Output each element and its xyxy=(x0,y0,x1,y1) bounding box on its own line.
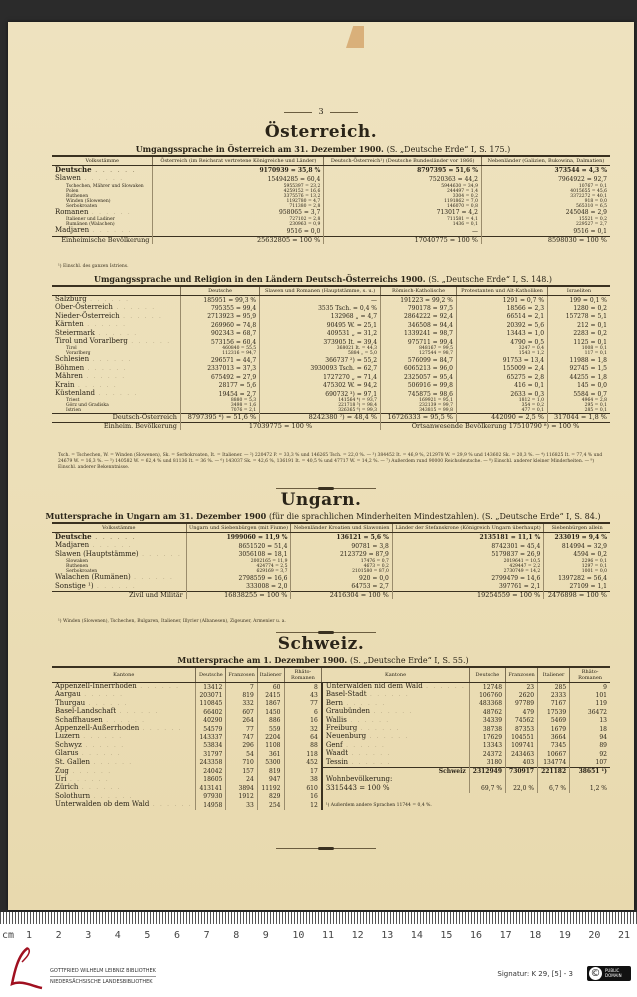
value-cell: 2123729 = 87,9 xyxy=(291,551,392,559)
value-cell: 28177 = 5,6 xyxy=(180,382,259,390)
row-label: Slawen . . . . . . xyxy=(52,175,153,183)
value-cell: 155009 = 2,4 xyxy=(456,365,547,373)
leader-dots: . . . . . . xyxy=(116,709,159,715)
value-cell: 403 xyxy=(506,759,538,768)
total-value: 25632805 = 100 % xyxy=(153,236,324,244)
value-cell: 1108 xyxy=(257,742,284,750)
value-cell: 91753 = 13,4 xyxy=(456,356,547,364)
value-cell: 2283 = 0,2 xyxy=(548,330,610,338)
residential-value: 3315443 = 100 % xyxy=(322,784,469,792)
row-label-text: Kärnten xyxy=(55,320,84,328)
value-cell: 296571 = 44,7 xyxy=(180,356,259,364)
table-row: Nieder-Österreich . . . . . .2713923 = 9… xyxy=(52,313,610,321)
leader-dots: . . . . . . xyxy=(357,726,400,732)
value-cell: 16 xyxy=(284,717,322,725)
value-cell: 143337 xyxy=(196,733,226,741)
value-cell: 576099 = 84,7 xyxy=(381,356,457,364)
row-label-text: Tessin xyxy=(326,758,348,766)
empty-cell xyxy=(506,776,538,784)
column-header: Italiener xyxy=(538,667,570,683)
column-header: Kantone xyxy=(52,667,196,683)
leader-dots: . . . . . . xyxy=(85,701,128,707)
leader-dots: . . . . . . xyxy=(78,751,121,757)
row-label-text: Graubünden xyxy=(326,707,370,715)
row-label: Unterwalden ob dem Wald . . . . . . xyxy=(52,801,196,809)
measurement-ruler: cm 123456789101112131415161718192021 xyxy=(0,912,637,942)
percent-cell: 22,0 % xyxy=(506,784,538,792)
percent-cell: 69,7 % xyxy=(469,784,505,792)
value-cell: 6 xyxy=(284,708,322,716)
empty-cell xyxy=(469,776,505,784)
table-row: Slawen . . . . . .15494285 = 60,47520363… xyxy=(52,175,610,183)
value-cell: 3535 Tsch. = 0,4 % xyxy=(260,304,381,312)
empty-cell xyxy=(570,776,610,784)
value-cell: 7167 xyxy=(538,700,570,708)
ruler-mark: 21 xyxy=(618,930,630,941)
value-cell: 2713923 = 95,9 xyxy=(180,313,259,321)
total-value: 221182 xyxy=(538,768,570,776)
total-value: 2416304 = 100 % xyxy=(291,592,392,600)
signature-label: Signatur: K 29, [5] - 3 xyxy=(497,970,573,978)
public-domain-badge[interactable]: PUBLIC DOMAIN xyxy=(587,966,631,981)
leader-dots: . . . . . . xyxy=(366,734,409,740)
leader-dots: . . . . . . xyxy=(81,176,124,182)
value-cell: 9170939 = 35,8 % xyxy=(153,166,324,176)
value-cell: 74562 xyxy=(506,717,538,725)
total-label: Zivil und Militär xyxy=(52,592,186,600)
leader-dots: . . . . . . xyxy=(92,535,137,541)
total-label: Einheim. Bevölkerung xyxy=(52,422,180,430)
table-row: Böhmen . . . . . .2337013 = 37,33930093 … xyxy=(52,365,610,373)
schweiz-caption: Muttersprache am 1. Dezember 1900. (S. „… xyxy=(28,655,618,665)
value-cell: 65275 = 2,8 xyxy=(456,373,547,381)
value-cell: 104551 xyxy=(506,733,538,741)
ruler-mark: 19 xyxy=(559,930,571,941)
leader-dots: . . . . . . xyxy=(90,760,133,766)
schweiz-footnote: ¹) Außerdem andere Sprachen 11744 = 0,4 … xyxy=(322,801,610,809)
ruler-mark: 16 xyxy=(470,930,482,941)
value-cell: 1339241 = 98,7 xyxy=(381,330,457,338)
table-row: Deutsche . . . . . .9170939 = 35,8 %8797… xyxy=(52,166,610,176)
value-cell: 87353 xyxy=(506,725,538,733)
value-cell: 713017 = 4,2 xyxy=(324,209,482,217)
ruler-mark: 3 xyxy=(85,930,91,941)
ruler-mark: 14 xyxy=(411,930,423,941)
value-cell: 60 xyxy=(257,683,284,692)
row-label-text: Basel-Stadt xyxy=(326,690,367,698)
table-row: Unterwalden ob dem Wald . . . . . .14958… xyxy=(52,801,610,809)
table-row: Slawen (Hauptstämme) . . . . . .3056108 … xyxy=(52,551,610,559)
value-cell: 77 xyxy=(284,700,322,708)
total-value: 8598030 = 100 % xyxy=(481,236,610,244)
document-page: 3 Österreich. Umgangssprache in Österrei… xyxy=(8,22,634,910)
value-cell: 747 xyxy=(226,733,257,741)
ruler-unit: cm xyxy=(2,930,14,941)
value-cell: 16 xyxy=(284,793,322,801)
value-cell: 475302 W. = 94,2 xyxy=(260,382,381,390)
row-label: Madjaren . . . . . . xyxy=(52,227,153,236)
row-label-text: Unterwalden nid dem Wald xyxy=(326,682,423,690)
column-header: Deutsche xyxy=(180,286,259,296)
value-cell: 2799479 = 14,6 xyxy=(392,574,543,582)
table-row: Kärnten . . . . . .269960 = 74,890495 W.… xyxy=(52,321,610,329)
value-cell: 54579 xyxy=(196,725,226,733)
value-cell: 409531 „ = 31,2 xyxy=(260,330,381,338)
value-cell: 366737 ²) = 55,2 xyxy=(260,356,381,364)
value-cell: 5300 xyxy=(257,759,284,768)
value-cell: 710 xyxy=(226,759,257,768)
value-cell: 2798559 = 16,6 xyxy=(186,574,291,582)
leader-dots: . . . . . . xyxy=(113,305,156,311)
value-cell: 109741 xyxy=(506,742,538,750)
total-label: Einheimische Bevölkerung xyxy=(52,236,153,244)
row-label-text: Solothurn xyxy=(55,792,90,800)
value-cell: 2135181 = 11,1 % xyxy=(392,533,543,543)
value-cell: 3664 xyxy=(538,733,570,741)
value-cell: 506916 = 99,8 xyxy=(381,382,457,390)
row-label-text: Freiburg xyxy=(326,724,357,732)
leader-dots: . . . . . . xyxy=(131,575,174,581)
leader-dots: . . . . . . xyxy=(423,684,466,690)
column-header: Kantone xyxy=(322,667,469,683)
leader-dots: . . . . . . xyxy=(69,769,112,775)
value-cell: 110845 xyxy=(196,700,226,708)
ruler-mark: 1 xyxy=(26,930,32,941)
value-cell: 88 xyxy=(284,742,322,750)
ruler-mark: 11 xyxy=(322,930,334,941)
table-row: Deutsche . . . . . .1999060 = 11,9 %1361… xyxy=(52,533,610,543)
row-label: Basel-Stadt . . . . . . xyxy=(322,691,469,699)
row-label-text: Luzern xyxy=(55,732,80,740)
value-cell: 13343 xyxy=(469,742,505,750)
value-cell: 24 xyxy=(226,776,257,784)
value-cell: 1291 = 0,7 % xyxy=(456,296,547,305)
total-value: 2312949 xyxy=(469,768,505,776)
value-cell: 373544 = 4,3 % xyxy=(481,166,610,176)
value-cell: 346508 = 94,4 xyxy=(381,321,457,329)
empty-cell xyxy=(538,776,570,784)
value-cell: 15494285 = 60,4 xyxy=(153,175,324,183)
table-row: Madjaren . . . . . .9516 = 0,0—9516 = 0,… xyxy=(52,227,610,236)
ruler-mark: 12 xyxy=(352,930,364,941)
value-cell: 361 xyxy=(257,750,284,758)
total-value: 8797395 ⁶) = 51,6 % xyxy=(180,414,259,422)
value-cell: 920 = 0,0 xyxy=(291,574,392,582)
ornament-divider xyxy=(276,848,376,849)
table-row: Zürich . . . . . .4131413894111926103315… xyxy=(52,784,610,792)
total-value: Ortsanwesende Bevölkerung 17510790 ⁸) = … xyxy=(381,422,610,430)
row-label-text: Schlesien xyxy=(55,355,89,363)
leader-dots: . . . . . . xyxy=(348,760,391,766)
leader-dots: . . . . . . xyxy=(139,552,182,558)
row-label-text: Genf xyxy=(326,741,343,749)
value-cell: 1912 xyxy=(226,793,257,801)
table1-caption: Umgangssprache in Österreich am 31. Deze… xyxy=(28,144,618,154)
row-label-text: Mähren xyxy=(55,372,83,380)
row-label-text: Deutsche xyxy=(55,532,92,541)
value-cell: 245048 = 2,9 xyxy=(481,209,610,217)
leader-dots: . . . . . . xyxy=(83,374,126,380)
value-cell: 2415 xyxy=(257,691,284,699)
page-number: 3 xyxy=(8,107,634,116)
empty-cell xyxy=(322,793,610,801)
total-row: Einheimische Bevölkerung25632805 = 100 %… xyxy=(52,236,610,244)
value-cell: 7520363 = 44,2 xyxy=(324,175,482,183)
column-header: Slawen und Romanen (Hauptstämme, s. u.) xyxy=(260,286,381,296)
row-label-text: Romanen xyxy=(55,208,88,216)
value-cell: 3056108 = 18,1 xyxy=(186,551,291,559)
value-cell: 8797395 = 51,6 % xyxy=(324,166,482,176)
column-header: Italiener xyxy=(257,667,284,683)
value-cell: 11988 = 1,8 xyxy=(548,356,610,364)
ruler-mark: 9 xyxy=(263,930,269,941)
value-cell: 264 xyxy=(226,717,257,725)
value-cell: 97789 xyxy=(506,700,538,708)
value-cell: 32 xyxy=(284,725,322,733)
table-row: Steiermark . . . . . .902343 = 68,740953… xyxy=(52,330,610,338)
leader-dots: . . . . . . xyxy=(95,391,138,397)
row-label-text: Waadt xyxy=(326,749,348,757)
row-label-text: Slawen xyxy=(55,174,81,182)
ruler-ticks xyxy=(0,912,637,924)
row-label-text: Nieder-Österreich xyxy=(55,312,120,320)
column-header: Siebenbürgen allein xyxy=(544,523,610,533)
total-value: 2476898 = 100 % xyxy=(544,592,610,600)
row-label-text: Unterwalden ob dem Wald xyxy=(55,800,149,808)
ruler-mark: 2 xyxy=(56,930,62,941)
row-label-text: Wallis xyxy=(326,716,347,724)
column-header: Israeliten xyxy=(548,286,610,296)
value-cell: 1867 xyxy=(257,700,284,708)
value-cell: 243463 xyxy=(506,750,538,758)
value-cell: 243358 xyxy=(196,759,226,768)
leader-dots: . . . . . . xyxy=(367,692,410,698)
value-cell: 20392 = 5,6 xyxy=(456,321,547,329)
value-cell: 819 xyxy=(226,691,257,699)
value-cell: 17539 xyxy=(538,708,570,716)
value-cell: 43 xyxy=(284,691,322,699)
value-cell: 97930 xyxy=(196,793,226,801)
row-label-text: Appenzell-Innerrhoden xyxy=(55,682,137,690)
value-cell: 7964922 = 92,7 xyxy=(481,175,610,183)
percent-cell: 1,2 % xyxy=(570,784,610,792)
value-cell: 13412 xyxy=(196,683,226,692)
leader-dots: . . . . . . xyxy=(343,743,386,749)
leader-dots: . . . . . . xyxy=(149,802,192,808)
value-cell: 77 xyxy=(226,725,257,733)
ruler-mark: 15 xyxy=(440,930,452,941)
row-label-text: Deutsche xyxy=(55,165,92,174)
value-cell: 829 xyxy=(257,793,284,801)
value-cell: 795355 = 99,4 xyxy=(180,304,259,312)
value-cell: 53834 xyxy=(196,742,226,750)
row-label: Zug . . . . . . xyxy=(52,768,196,776)
row-label-text: Schaffhausen xyxy=(55,716,103,724)
table2-caption: Umgangssprache und Religion in den Lände… xyxy=(28,274,618,284)
leader-dots: . . . . . . xyxy=(84,366,127,372)
column-header: Deutsch-Österreich¹) (Deutsche Bundeslän… xyxy=(324,156,482,166)
section-title-oesterreich: Österreich. xyxy=(8,122,634,142)
row-label-text: Küstenland xyxy=(55,389,95,397)
leader-dots: . . . . . . xyxy=(89,228,132,234)
value-cell: 44255 = 1,8 xyxy=(548,373,610,381)
value-cell: 332 xyxy=(226,700,257,708)
row-label-text: Zug xyxy=(55,767,69,775)
value-cell: 285 xyxy=(538,683,570,692)
value-cell: 1280 = 0,2 xyxy=(548,304,610,312)
value-cell: 416 = 0,1 xyxy=(456,382,547,390)
row-label: Romanen . . . . . . xyxy=(52,209,153,217)
value-cell: 157278 = 5,1 xyxy=(548,313,610,321)
value-cell: 107 xyxy=(570,759,610,768)
value-cell: 610 xyxy=(284,784,322,792)
value-cell: 8742301 = 45,4 xyxy=(392,542,543,550)
column-header: Rhäto-Romanen xyxy=(570,667,610,683)
value-cell: 31797 xyxy=(196,750,226,758)
row-label-text: Ober-Österreich xyxy=(55,303,113,311)
value-cell: 1999060 = 11,9 % xyxy=(186,533,291,543)
value-cell: 118 xyxy=(284,750,322,758)
table-row: Salzburg . . . . . .185951 = 99,3 %—1912… xyxy=(52,296,610,305)
row-label-text: Neuenburg xyxy=(326,732,366,740)
value-cell: 132968 „ = 4,7 xyxy=(260,313,381,321)
value-cell: 233019 = 9,4 % xyxy=(544,533,610,543)
leader-dots: . . . . . . xyxy=(92,168,137,174)
total-value: 16838255 = 100 % xyxy=(186,592,291,600)
row-label-text: Sonstige ¹) xyxy=(55,582,94,590)
value-cell: 38 xyxy=(284,776,322,784)
row-label-text: Bern xyxy=(326,699,343,707)
value-cell: 106760 xyxy=(469,691,505,699)
leader-dots: . . . . . . xyxy=(88,210,131,216)
column-header: Ungarn und Siebenbürgen (mit Fiume) xyxy=(186,523,291,533)
value-cell: 199 = 0,1 % xyxy=(548,296,610,305)
value-cell: 2337013 = 37,3 xyxy=(180,365,259,373)
library-logo-icon xyxy=(4,944,44,992)
value-cell: 119 xyxy=(570,700,610,708)
percent-cell: 6,7 % xyxy=(538,784,570,792)
value-cell: 2620 xyxy=(506,691,538,699)
value-cell: 48762 xyxy=(469,708,505,716)
value-cell: 18566 = 2,3 xyxy=(456,304,547,312)
value-cell: 92745 = 1,5 xyxy=(548,365,610,373)
page-tear xyxy=(346,26,364,48)
row-label-text: Basel-Landschaft xyxy=(55,707,116,715)
value-cell: 814994 = 32,9 xyxy=(544,542,610,550)
row-label: Slawen (Hauptstämme) . . . . . . xyxy=(52,551,186,559)
ruler-mark: 4 xyxy=(115,930,121,941)
value-cell: 8 xyxy=(284,683,322,692)
value-cell: 3180 xyxy=(469,759,505,768)
leader-dots: . . . . . . xyxy=(66,777,109,783)
row-label-text: Thurgau xyxy=(55,699,85,707)
column-header: Österreich (im Reichsrat vertretene Köni… xyxy=(153,156,324,166)
row-label-text: Schwyz xyxy=(55,741,82,749)
value-cell: 5469 xyxy=(538,717,570,725)
value-cell: 5179837 = 26,9 xyxy=(392,551,543,559)
value-cell: 24372 xyxy=(469,750,505,758)
total-value: 730917 xyxy=(506,768,538,776)
value-cell: 6065213 = 96,0 xyxy=(381,365,457,373)
leader-dots: . . . . . . xyxy=(139,726,182,732)
value-cell: 23 xyxy=(506,683,538,692)
row-label-text: Walachen (Rumänen) xyxy=(55,573,131,581)
row-label-text: Glarus xyxy=(55,749,78,757)
table-row: Schlesien . . . . . .296571 = 44,7366737… xyxy=(52,356,610,364)
value-cell: 66514 = 2,1 xyxy=(456,313,547,321)
value-cell: 92 xyxy=(570,750,610,758)
section-title-schweiz: Schweiz. xyxy=(8,634,634,654)
ruler-mark: 8 xyxy=(233,930,239,941)
value-cell: 947 xyxy=(257,776,284,784)
value-cell: 254 xyxy=(257,801,284,809)
value-cell: 134774 xyxy=(538,759,570,768)
value-cell: 17629 xyxy=(469,733,505,741)
ruler-mark: 18 xyxy=(529,930,541,941)
table-sprache-religion: DeutscheSlawen und Romanen (Hauptstämme,… xyxy=(52,285,610,430)
table-row: Ober-Österreich . . . . . .795355 = 99,4… xyxy=(52,304,610,312)
value-cell: 203071 xyxy=(196,691,226,699)
leader-dots: . . . . . . xyxy=(95,331,138,337)
value-cell: 559 xyxy=(257,725,284,733)
value-cell: 12748 xyxy=(469,683,505,692)
leader-dots: . . . . . . xyxy=(82,743,125,749)
value-cell: 33 xyxy=(226,801,257,809)
table-umgangssprache-oesterreich: VolksstämmeÖsterreich (im Reichsrat vert… xyxy=(52,155,610,244)
row-label-text: Slawen (Hauptstämme) xyxy=(55,550,139,558)
leader-dots: . . . . . . xyxy=(90,794,133,800)
value-cell: 94 xyxy=(570,733,610,741)
table-row: Romanen . . . . . .958065 = 3,7713017 = … xyxy=(52,209,610,217)
row-label-text: Uri xyxy=(55,775,66,783)
value-cell: 790178 = 97,5 xyxy=(381,304,457,312)
leader-dots: . . . . . . xyxy=(137,684,180,690)
value-cell: 2864222 = 92,4 xyxy=(381,313,457,321)
row-label: St. Gallen . . . . . . xyxy=(52,759,196,768)
total-value: 17040775 = 100 % xyxy=(324,236,482,244)
row-label: Neuenburg . . . . . . xyxy=(322,733,469,741)
value-cell: 2333 xyxy=(538,691,570,699)
column-header: Rhäto-Romanen xyxy=(284,667,322,683)
ruler-mark: 10 xyxy=(292,930,304,941)
value-cell: 4594 = 0,2 xyxy=(544,551,610,559)
value-cell: 10667 xyxy=(538,750,570,758)
value-cell: 11192 xyxy=(257,784,284,792)
leader-dots: . . . . . . xyxy=(75,383,118,389)
row-label-text: Istrien xyxy=(66,408,81,413)
column-header: Protestanten und Alt-Katholiken xyxy=(456,286,547,296)
value-cell: 12 xyxy=(284,801,322,809)
row-label-text: Böhmen xyxy=(55,364,84,372)
value-cell: 8651520 = 51,4 xyxy=(186,542,291,550)
value-cell: 14958 xyxy=(196,801,226,809)
value-cell: 212 = 0,1 xyxy=(548,321,610,329)
value-cell: 24042 xyxy=(196,768,226,776)
value-cell: 185951 = 99,3 % xyxy=(180,296,259,305)
row-label-text: Appenzell-Außerrhoden xyxy=(55,724,139,732)
leader-dots: . . . . . . xyxy=(343,701,386,707)
value-cell: 13443 = 1,0 xyxy=(456,330,547,338)
ruler-mark: 17 xyxy=(500,930,512,941)
value-cell: 101 xyxy=(570,691,610,699)
column-header: Franzosen xyxy=(506,667,538,683)
total-row: Zivil und Militär16838255 = 100 %2416304… xyxy=(52,592,610,600)
leader-dots: . . . . . . xyxy=(103,718,146,724)
value-cell: 145 = 0,0 xyxy=(548,382,610,390)
ruler-mark: 7 xyxy=(204,930,210,941)
value-cell: 136121 = 5,6 % xyxy=(291,533,392,543)
ruler-mark: 20 xyxy=(588,930,600,941)
